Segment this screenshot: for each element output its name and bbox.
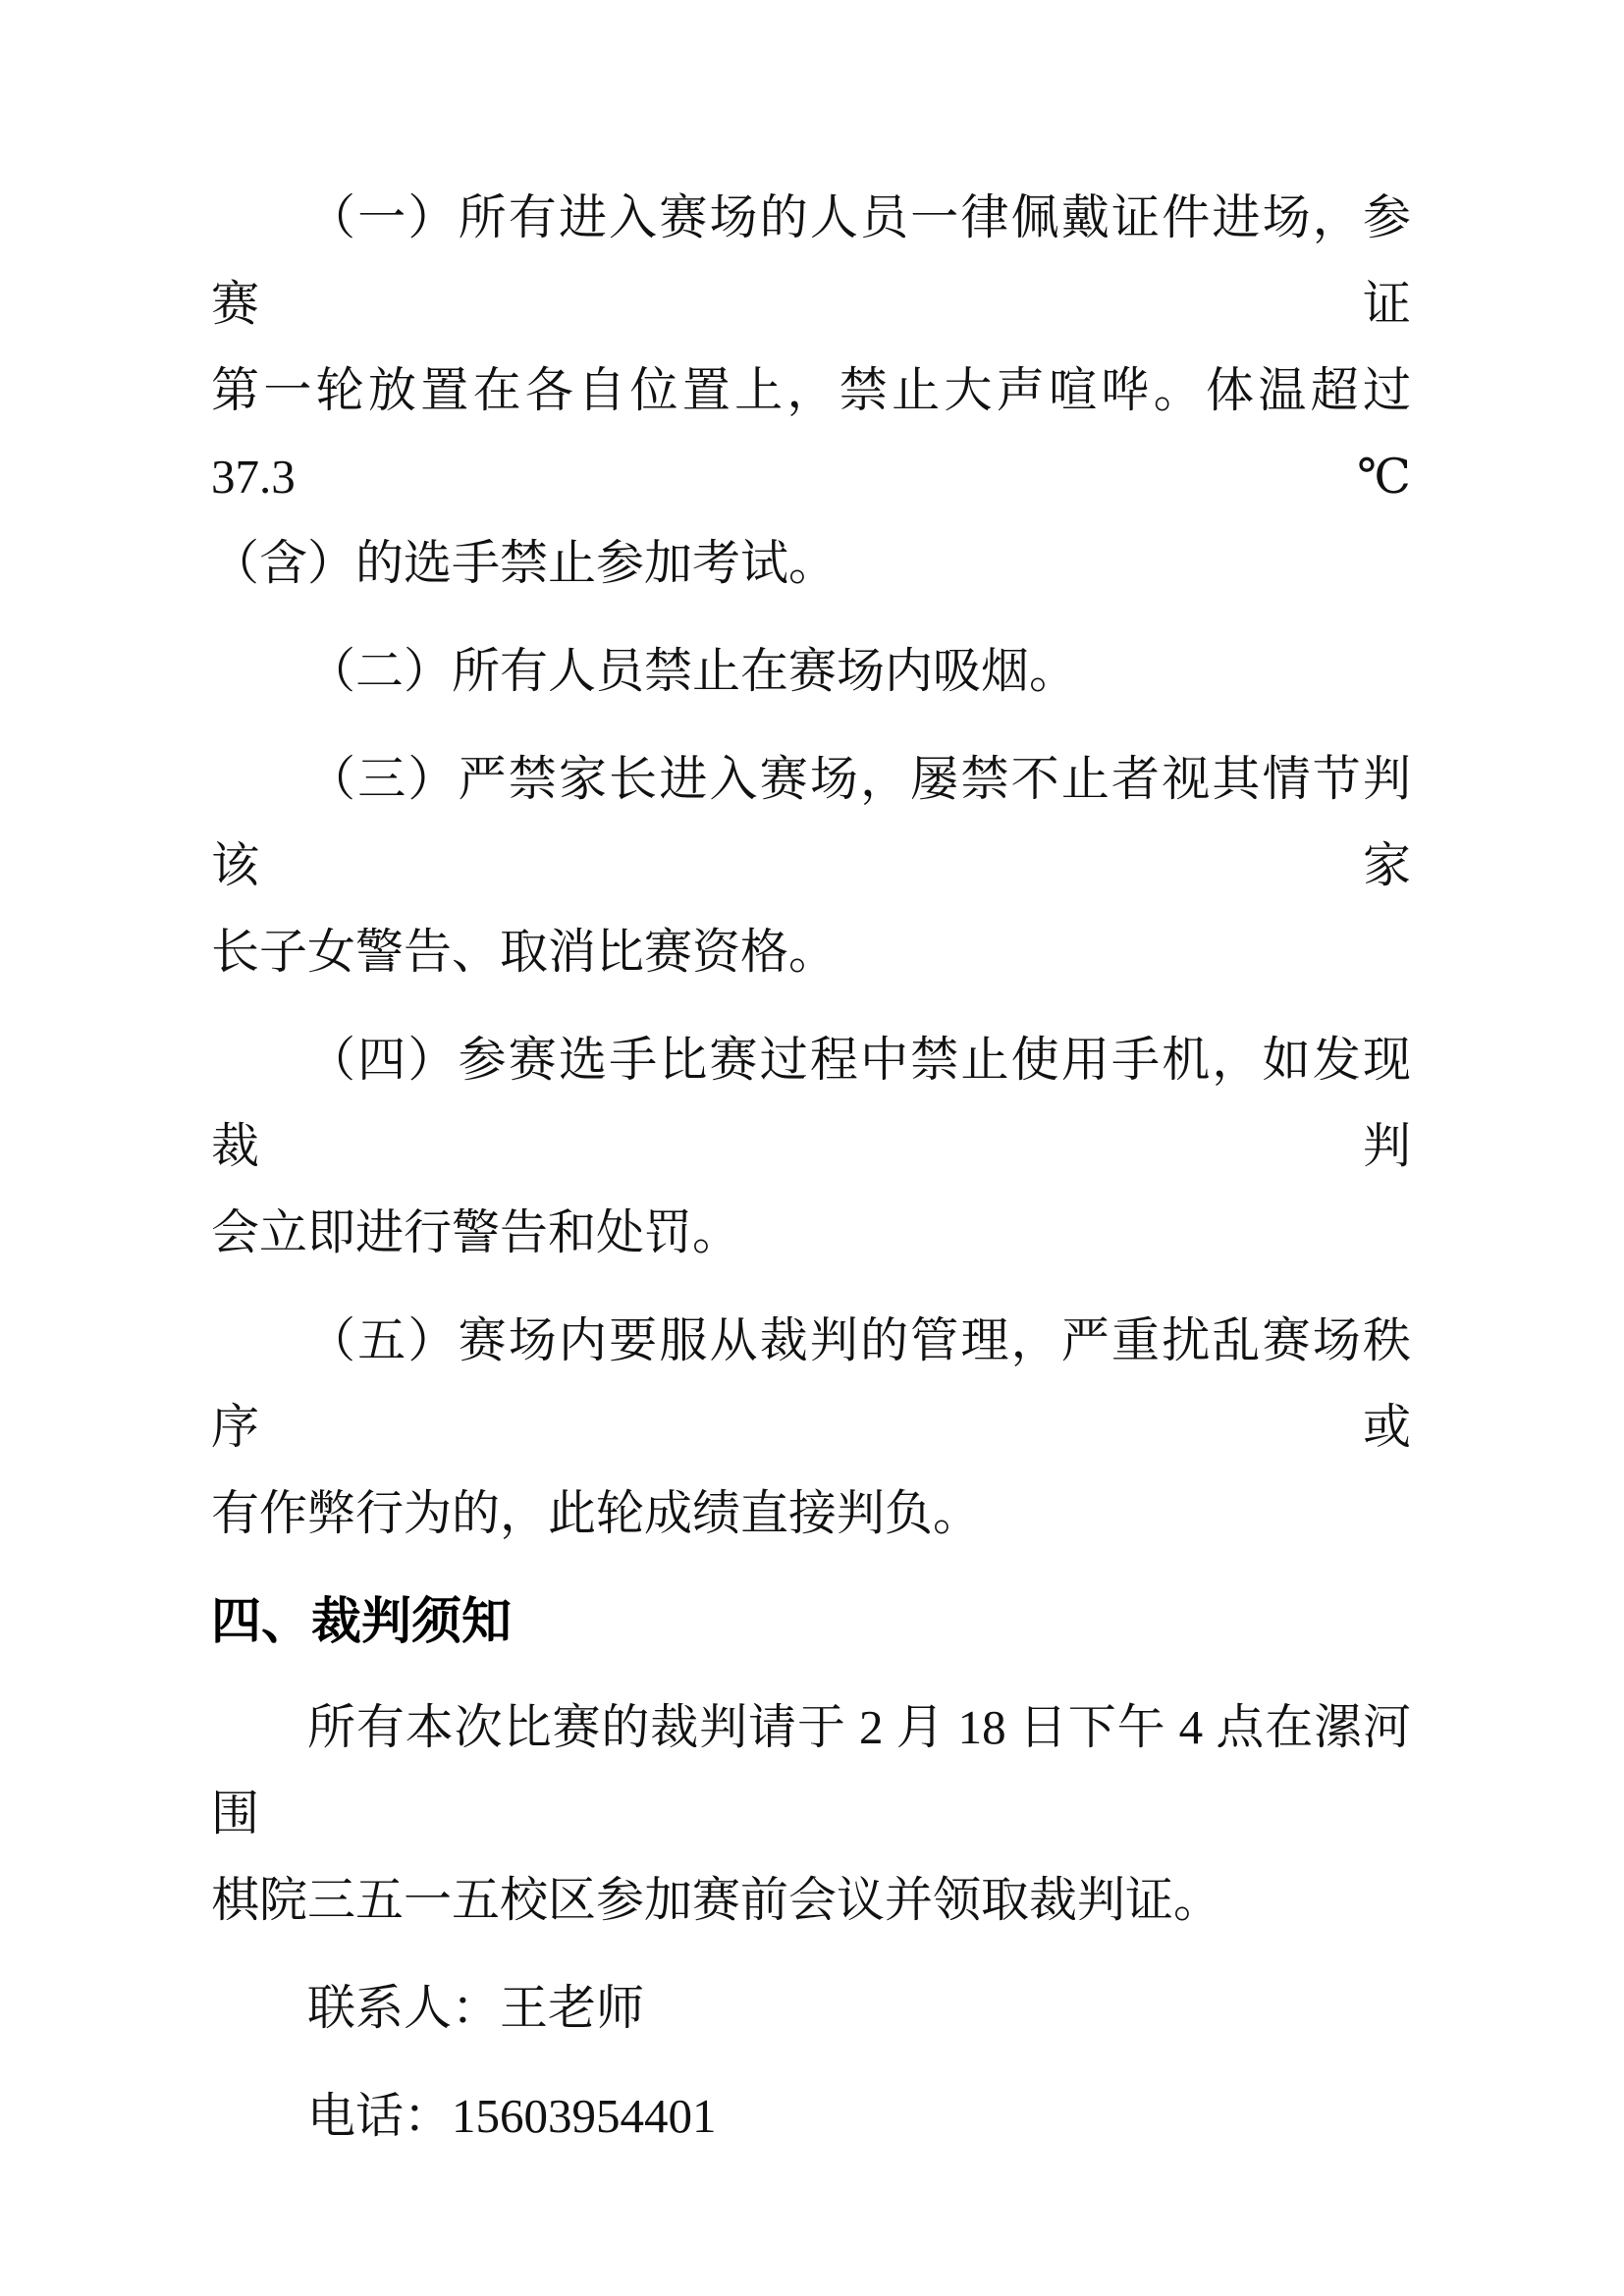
document-page: （一）所有进入赛场的人员一律佩戴证件进场，参赛证 第一轮放置在各自位置上，禁止大… [0, 0, 1624, 2296]
rule-1-line-3: （含）的选手禁止参加考试。 [211, 520, 1411, 607]
contact-paragraph: 联系人：王老师 [211, 1965, 1411, 2052]
rule-5-line-2: 有作弊行为的，此轮成绩直接判负。 [211, 1470, 1411, 1557]
section-heading-referee-notice: 四、裁判须知 [211, 1578, 1411, 1665]
document-body: （一）所有进入赛场的人员一律佩戴证件进场，参赛证 第一轮放置在各自位置上，禁止大… [211, 175, 1411, 2181]
rule-paragraph-1: （一）所有进入赛场的人员一律佩戴证件进场，参赛证 第一轮放置在各自位置上，禁止大… [211, 175, 1411, 607]
referee-notice-line-2: 棋院三五一五校区参加赛前会议并领取裁判证。 [211, 1857, 1411, 1944]
rule-2-line-1: （二）所有人员禁止在赛场内吸烟。 [211, 628, 1411, 715]
rule-4-line-2: 会立即进行警告和处罚。 [211, 1190, 1411, 1276]
phone-line: 电话：15603954401 [211, 2073, 1411, 2160]
rule-1-line-2: 第一轮放置在各自位置上，禁止大声喧哗。体温超过 37.3℃ [211, 347, 1411, 520]
referee-notice-paragraph: 所有本次比赛的裁判请于 2 月 18 日下午 4 点在漯河围 棋院三五一五校区参… [211, 1684, 1411, 1944]
rule-paragraph-3: （三）严禁家长进入赛场，屡禁不止者视其情节判该家 长子女警告、取消比赛资格。 [211, 736, 1411, 995]
contact-line: 联系人：王老师 [211, 1965, 1411, 2052]
phone-paragraph: 电话：15603954401 [211, 2073, 1411, 2160]
referee-notice-line-1: 所有本次比赛的裁判请于 2 月 18 日下午 4 点在漯河围 [211, 1684, 1411, 1857]
rule-paragraph-5: （五）赛场内要服从裁判的管理，严重扰乱赛场秩序或 有作弊行为的，此轮成绩直接判负… [211, 1298, 1411, 1557]
rule-paragraph-2: （二）所有人员禁止在赛场内吸烟。 [211, 628, 1411, 715]
rule-paragraph-4: （四）参赛选手比赛过程中禁止使用手机，如发现裁判 会立即进行警告和处罚。 [211, 1017, 1411, 1276]
rule-3-line-1: （三）严禁家长进入赛场，屡禁不止者视其情节判该家 [211, 736, 1411, 909]
rule-5-line-1: （五）赛场内要服从裁判的管理，严重扰乱赛场秩序或 [211, 1298, 1411, 1470]
rule-3-line-2: 长子女警告、取消比赛资格。 [211, 909, 1411, 995]
rule-4-line-1: （四）参赛选手比赛过程中禁止使用手机，如发现裁判 [211, 1017, 1411, 1190]
rule-1-line-1: （一）所有进入赛场的人员一律佩戴证件进场，参赛证 [211, 175, 1411, 347]
